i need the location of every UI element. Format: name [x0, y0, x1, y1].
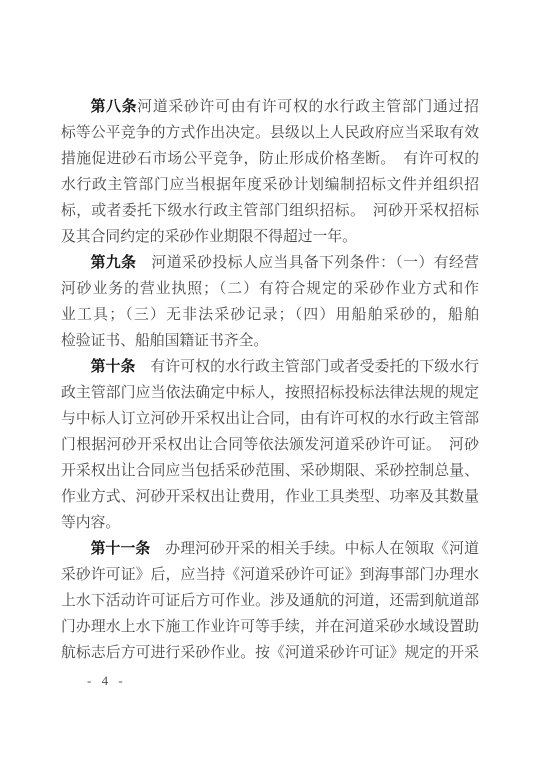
line-text: 等内容。 — [61, 515, 120, 531]
text-line: 河砂业务的营业执照；（二）有符合规定的采砂作业方式和作 — [61, 276, 479, 302]
text-line: 第九条 河道采砂投标人应当具备下列条件：（一）有经营 — [61, 250, 479, 276]
text-line: 检验证书、船舶国籍证书齐全。 — [61, 328, 479, 354]
line-text: 措施促进砂石市场公平竞争，防止形成价格垄断。 有许可权的 — [61, 151, 479, 167]
line-text: 水行政主管部门应当根据年度采砂计划编制招标文件并组织招 — [61, 177, 479, 193]
text-line: 标等公平竞争的方式作出决定。县级以上人民政府应当采取有效 — [61, 120, 479, 146]
line-text: 标，或者委托下级水行政主管部门组织招标。 河砂开采权招标 — [61, 203, 479, 219]
line-text: 河砂业务的营业执照；（二）有符合规定的采砂作业方式和作 — [61, 281, 479, 297]
text-line: 第十一条 办理河砂开采的相关手续。中标人在领取《河道 — [61, 536, 479, 562]
article-heading: 第十一条 — [91, 541, 151, 557]
text-line: 措施促进砂石市场公平竞争，防止形成价格垄断。 有许可权的 — [61, 146, 479, 172]
line-text: 办理河砂开采的相关手续。中标人在领取《河道 — [150, 541, 479, 557]
line-text: 与中标人订立河砂开采权出让合同，由有许可权的水行政主管部 — [61, 411, 479, 427]
text-line: 开采权出让合同应当包括采砂范围、采砂期限、采砂控制总量、 — [61, 458, 479, 484]
line-text: 业工具；（三）无非法采砂记录；（四）用船舶采砂的，船舶 — [61, 307, 479, 323]
line-text: 开采权出让合同应当包括采砂范围、采砂期限、采砂控制总量、 — [61, 463, 479, 479]
text-line: 第十条 有许可权的水行政主管部门或者受委托的下级水行 — [61, 354, 479, 380]
text-line: 业工具；（三）无非法采砂记录；（四）用船舶采砂的，船舶 — [61, 302, 479, 328]
document-body: 第八条河道采砂许可由有许可权的水行政主管部门通过招标等公平竞争的方式作出决定。县… — [61, 94, 479, 666]
line-text: 采砂许可证》后，应当持《河道采砂许可证》到海事部门办理水 — [61, 567, 479, 583]
line-text: 航标志后方可进行采砂作业。按《河道采砂许可证》规定的开采 — [61, 645, 479, 661]
line-text: 政主管部门应当依法确定中标人，按照招标投标法律法规的规定 — [61, 385, 479, 401]
line-text: 河道采砂许可由有许可权的水行政主管部门通过招 — [137, 99, 479, 115]
text-line: 采砂许可证》后，应当持《河道采砂许可证》到海事部门办理水 — [61, 562, 479, 588]
line-text: 门办理水上水下施工作业许可等手续，并在河道采砂水域设置助 — [61, 619, 479, 635]
text-line: 及其合同约定的采砂作业期限不得超过一年。 — [61, 224, 479, 250]
text-line: 政主管部门应当依法确定中标人，按照招标投标法律法规的规定 — [61, 380, 479, 406]
line-text: 上水下活动许可证后方可作业。涉及通航的河道，还需到航道部 — [61, 593, 479, 609]
line-text: 标等公平竞争的方式作出决定。县级以上人民政府应当采取有效 — [61, 125, 479, 141]
text-line: 作业方式、河砂开采权出让费用，作业工具类型、功率及其数量 — [61, 484, 479, 510]
article-heading: 第十条 — [91, 359, 136, 375]
article-heading: 第八条 — [91, 99, 138, 115]
text-line: 水行政主管部门应当根据年度采砂计划编制招标文件并组织招 — [61, 172, 479, 198]
text-line: 等内容。 — [61, 510, 479, 536]
line-text: 检验证书、船舶国籍证书齐全。 — [61, 333, 268, 349]
line-text: 作业方式、河砂开采权出让费用，作业工具类型、功率及其数量 — [61, 489, 479, 505]
text-line: 上水下活动许可证后方可作业。涉及通航的河道，还需到航道部 — [61, 588, 479, 614]
line-text: 有许可权的水行政主管部门或者受委托的下级水行 — [135, 359, 479, 375]
document-page: 第八条河道采砂许可由有许可权的水行政主管部门通过招标等公平竞争的方式作出决定。县… — [0, 0, 542, 761]
text-line: 与中标人订立河砂开采权出让合同，由有许可权的水行政主管部 — [61, 406, 479, 432]
line-text: 门根据河砂开采权出让合同等依法颁发河道采砂许可证。 河砂 — [61, 437, 479, 453]
text-line: 航标志后方可进行采砂作业。按《河道采砂许可证》规定的开采 — [61, 640, 479, 666]
text-line: 标，或者委托下级水行政主管部门组织招标。 河砂开采权招标 — [61, 198, 479, 224]
article-heading: 第九条 — [91, 255, 137, 271]
line-text: 河道采砂投标人应当具备下列条件：（一）有经营 — [136, 255, 479, 271]
page-number: - 4 - — [87, 673, 125, 689]
line-text: 及其合同约定的采砂作业期限不得超过一年。 — [61, 229, 357, 245]
text-line: 门办理水上水下施工作业许可等手续，并在河道采砂水域设置助 — [61, 614, 479, 640]
text-line: 门根据河砂开采权出让合同等依法颁发河道采砂许可证。 河砂 — [61, 432, 479, 458]
text-line: 第八条河道采砂许可由有许可权的水行政主管部门通过招 — [61, 94, 479, 120]
